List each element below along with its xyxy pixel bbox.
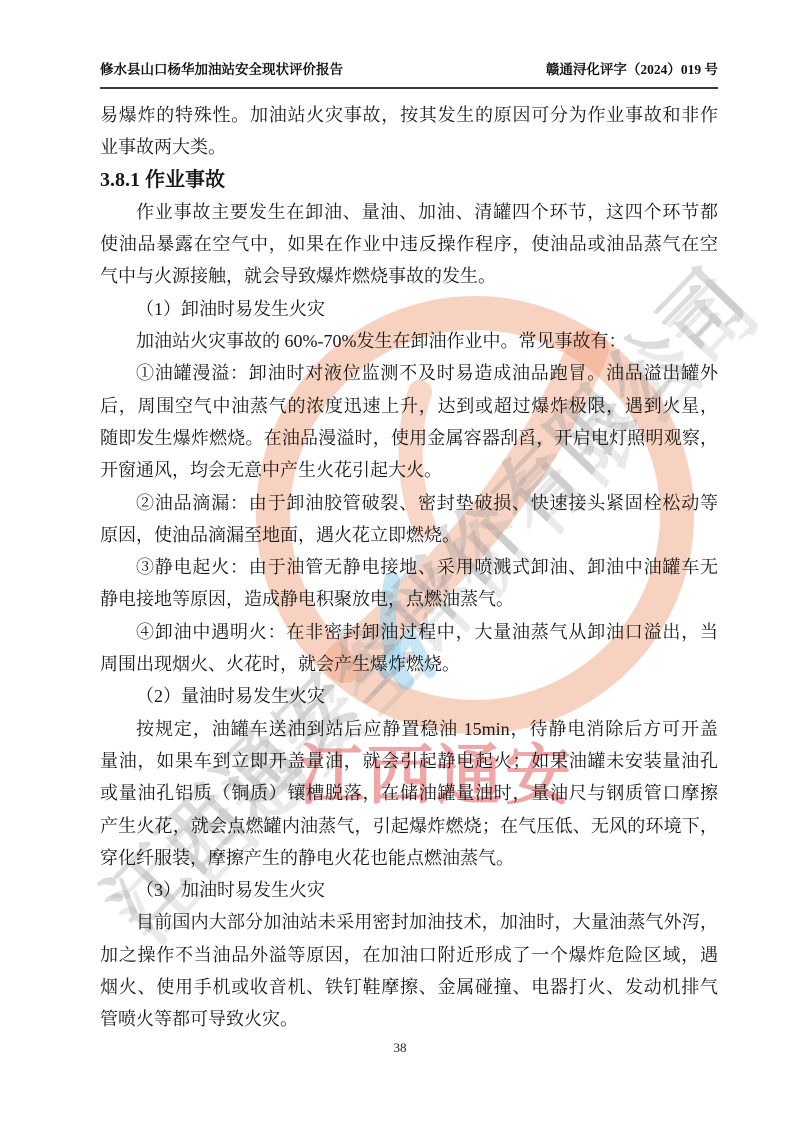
- text-line: 产生火花，就会点燃罐内油蒸气，引起爆炸燃烧；在气压低、无风的环境下，: [100, 810, 718, 842]
- text-line: 或量油孔铝质（铜质）镶槽脱落，在储油罐量油时，量油尺与钢质管口摩擦: [100, 777, 718, 809]
- body-text: 易爆炸的特殊性。加油站火灾事故，按其发生的原因可分为作业事故和非作业事故两大类。…: [100, 99, 718, 1036]
- text-line: ③静电起火：由于油管无静电接地、采用喷溅式卸油、卸油中油罐车无: [100, 551, 718, 583]
- text-line: 使油品暴露在空气中，如果在作业中违反操作程序，使油品或油品蒸气在空: [100, 228, 718, 260]
- text-line: 气中与火源接触，就会导致爆炸燃烧事故的发生。: [100, 260, 718, 292]
- text-line: ②油品滴漏：由于卸油胶管破裂、密封垫破损、快速接头紧固栓松动等: [100, 487, 718, 519]
- text-line: 穿化纤服装，摩擦产生的静电火花也能点燃油蒸气。: [100, 842, 718, 874]
- text-line: （2）量油时易发生火灾: [100, 680, 718, 712]
- text-line: 目前国内大部分加油站未采用密封加油技术，加油时，大量油蒸气外泻，: [100, 906, 718, 938]
- text-line: 业事故两大类。: [100, 131, 718, 163]
- text-line: ①油罐漫溢：卸油时对液位监测不及时易造成油品跑冒。油品溢出罐外: [100, 357, 718, 389]
- text-line: 静电接地等原因，造成静电积聚放电，点燃油蒸气。: [100, 583, 718, 615]
- text-line: 量油，如果车到立即开盖量油，就会引起静电起火；如果油罐未安装量油孔: [100, 745, 718, 777]
- text-line: 易爆炸的特殊性。加油站火灾事故，按其发生的原因可分为作业事故和非作: [100, 99, 718, 131]
- text-line: （1）卸油时易发生火灾: [100, 293, 718, 325]
- text-line: 加之操作不当油品外溢等原因，在加油口附近形成了一个爆炸危险区域，遇: [100, 939, 718, 971]
- header-document-number: 赣通浔化评字（2024）019 号: [546, 58, 718, 78]
- text-line: 烟火、使用手机或收音机、铁钉鞋摩擦、金属碰撞、电器打火、发动机排气: [100, 971, 718, 1003]
- text-line: 随即发生爆炸燃烧。在油品漫溢时，使用金属容器刮舀，开启电灯照明观察，: [100, 422, 718, 454]
- text-line: 按规定，油罐车送油到站后应静置稳油 15min，待静电消除后方可开盖: [100, 713, 718, 745]
- text-line: 开窗通风，均会无意中产生火花引起大火。: [100, 454, 718, 486]
- text-line: 加油站火灾事故的 60%-70%发生在卸油作业中。常见事故有：: [100, 325, 718, 357]
- text-line: 作业事故主要发生在卸油、量油、加油、清罐四个环节，这四个环节都: [100, 196, 718, 228]
- text-line: 管喷火等都可导致火灾。: [100, 1003, 718, 1035]
- text-line: 周围出现烟火、火花时，就会产生爆炸燃烧。: [100, 648, 718, 680]
- section-heading: 3.8.1 作业事故: [100, 164, 718, 196]
- text-line: （3）加油时易发生火灾: [100, 874, 718, 906]
- text-line: 原因，使油品滴漏至地面，遇火花立即燃烧。: [100, 519, 718, 551]
- text-line: 后，周围空气中油蒸气的浓度迅速上升，达到或超过爆炸极限，遇到火星，: [100, 390, 718, 422]
- page-number: 38: [0, 1040, 800, 1056]
- page-header: 修水县山口杨华加油站安全现状评价报告 赣通浔化评字（2024）019 号: [100, 58, 718, 89]
- text-line: ④卸油中遇明火：在非密封卸油过程中，大量油蒸气从卸油口溢出，当: [100, 616, 718, 648]
- document-page: 江西通安全评价有限公司 江西通安全评价有限公司 江西通安 修水县山口杨华加油站安…: [0, 0, 800, 1131]
- header-report-title: 修水县山口杨华加油站安全现状评价报告: [100, 58, 343, 78]
